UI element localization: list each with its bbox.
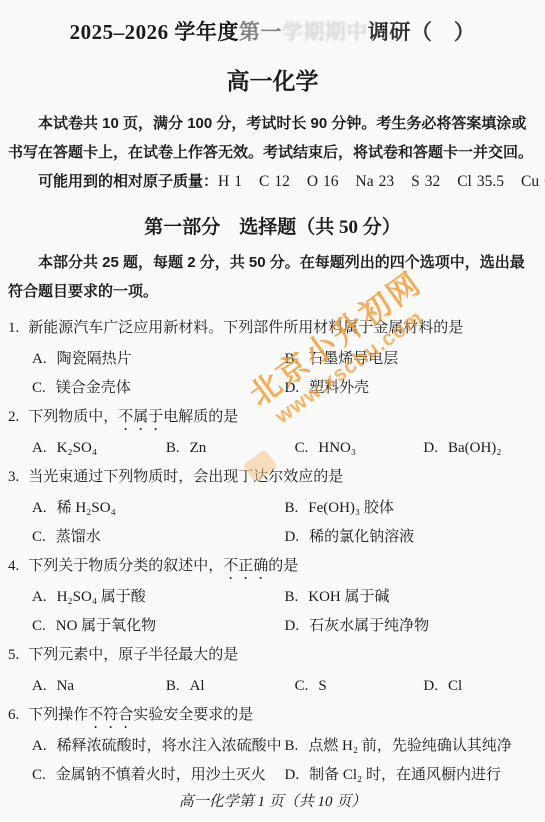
question-3-option-b: B.Fe(OH)₃ 胶体	[285, 494, 538, 523]
element-symbol: O	[307, 173, 318, 190]
option-label: A.	[32, 440, 47, 456]
page-footer: 高一化学第 1 页（共 10 页）	[0, 790, 545, 811]
options: A.Na B.Al C.S D.Cl	[8, 672, 537, 701]
options: A.K₂SO₄ B.Zn C.HNO₃ D.Ba(OH)₂	[8, 434, 537, 463]
option-label: C.	[32, 380, 46, 396]
element-symbol: Cl	[457, 173, 472, 190]
option-text: 稀释浓硫酸时，将水注入浓硫酸中	[57, 738, 282, 754]
option-text: 蒸馏水	[56, 529, 101, 545]
question-6-option-d: D.制备 Cl₂ 时，在通风橱内进行	[285, 761, 538, 790]
option-label: D.	[285, 618, 300, 634]
exam-paper-page: 2025–2026 学年度第一学期期中调研（ ） 高一化学 本试卷共 10 页，…	[0, 0, 545, 822]
stem-emphasis: 不符合	[88, 707, 133, 723]
question-2-option-d: D.Ba(OH)₂	[423, 434, 537, 463]
exam-notice: 本试卷共 10 页，满分 100 分，考试时长 90 分钟。考生务必将答案填涂或…	[8, 109, 537, 196]
option-label: D.	[285, 380, 300, 396]
question-5-option-d: D.Cl	[423, 672, 537, 701]
option-text: Zn	[190, 440, 207, 456]
question-1-option-a: A.陶瓷隔热片	[32, 345, 285, 374]
question-stem: 5.下列元素中，原子半径最大的是	[8, 641, 537, 672]
question-stem: 2.下列物质中，不属于电解质的是	[8, 403, 537, 434]
options: A.稀 H₂SO₄ B.Fe(OH)₃ 胶体 C.蒸馏水 D.稀的氯化钠溶液	[8, 494, 537, 552]
option-text: 点燃 H₂ 前，先验纯确认其纯净	[308, 738, 512, 754]
element-symbol: Na	[356, 173, 374, 190]
section-instructions: 本部分共 25 题，每题 2 分，共 50 分。在每题列出的四个选项中，选出最符…	[8, 248, 537, 306]
question-number: 5.	[8, 647, 19, 663]
option-text: 陶瓷隔热片	[57, 351, 132, 367]
stem-text: 新能源汽车广泛应用新材料。下列部件所用材料属于金属材料的是	[28, 320, 463, 336]
stem-text: 下列物质中，	[28, 409, 118, 425]
element-symbol: S	[411, 173, 420, 190]
option-label: A.	[32, 500, 47, 516]
question-number: 2.	[8, 409, 19, 425]
page-title: 2025–2026 学年度第一学期期中调研（ ）	[8, 16, 537, 46]
option-text: 石灰水属于纯净物	[309, 618, 429, 634]
title-segment: 调研（ ）	[368, 20, 476, 44]
option-label: D.	[285, 529, 300, 545]
option-label: A.	[32, 351, 47, 367]
question-4-option-a: A.H₂SO₄ 属于酸	[32, 583, 285, 612]
element-symbol: C	[259, 173, 269, 190]
question-2: 2.下列物质中，不属于电解质的是 A.K₂SO₄ B.Zn C.HNO₃ D.B…	[8, 403, 537, 463]
option-label: A.	[32, 678, 47, 694]
option-text: S	[318, 678, 326, 694]
question-2-option-c: C.HNO₃	[295, 434, 424, 463]
atomic-mass-pair: Cl35.5	[457, 173, 504, 190]
option-text: 石墨烯导电层	[308, 351, 398, 367]
option-label: A.	[32, 738, 47, 754]
question-3: 3.当光束通过下列物质时，会出现丁达尔效应的是 A.稀 H₂SO₄ B.Fe(O…	[8, 463, 537, 552]
option-label: C.	[295, 440, 309, 456]
section-instructions-text: 本部分共 25 题，每题 2 分，共 50 分。在每题列出的四个选项中，选出最符…	[8, 248, 537, 306]
option-text: 稀的氯化钠溶液	[309, 529, 414, 545]
title-segment-illegible: 学期期中	[282, 20, 368, 44]
question-2-option-a: A.K₂SO₄	[32, 434, 166, 463]
stem-text: 当光束通过下列物质时，会出现丁达尔效应的是	[28, 469, 343, 485]
exam-notice-paragraph: 本试卷共 10 页，满分 100 分，考试时长 90 分钟。考生务必将答案填涂或…	[8, 109, 537, 167]
stem-text: 下列元素中，原子半径最大的是	[28, 647, 238, 663]
option-text: 稀 H₂SO₄	[57, 500, 116, 516]
stem-text: 下列操作	[28, 707, 88, 723]
stem-text: 电解质的是	[163, 409, 238, 425]
question-5: 5.下列元素中，原子半径最大的是 A.Na B.Al C.S D.Cl	[8, 641, 537, 701]
question-6-option-b: B.点燃 H₂ 前，先验纯确认其纯净	[285, 732, 538, 761]
option-text: 制备 Cl₂ 时，在通风橱内进行	[309, 767, 501, 783]
question-number: 4.	[8, 558, 19, 574]
element-symbol: H	[218, 173, 229, 190]
question-4-option-b: B.KOH 属于碱	[285, 583, 538, 612]
question-1: 1.新能源汽车广泛应用新材料。下列部件所用材料属于金属材料的是 A.陶瓷隔热片 …	[8, 314, 537, 403]
question-list: 1.新能源汽车广泛应用新材料。下列部件所用材料属于金属材料的是 A.陶瓷隔热片 …	[8, 314, 537, 790]
option-text: H₂SO₄ 属于酸	[57, 589, 146, 605]
question-5-option-b: B.Al	[166, 672, 295, 701]
option-text: K₂SO₄	[57, 440, 97, 456]
stem-text: 下列关于物质分类的叙述中，	[28, 558, 223, 574]
question-1-option-c: C.镁合金壳体	[32, 374, 285, 403]
option-label: B.	[166, 678, 180, 694]
element-symbol: Cu	[521, 173, 539, 190]
atomic-mass-pair: H1	[218, 173, 242, 190]
question-1-option-b: B.石墨烯导电层	[285, 345, 538, 374]
stem-text: 实验安全要求的是	[133, 707, 253, 723]
question-stem: 1.新能源汽车广泛应用新材料。下列部件所用材料属于金属材料的是	[8, 314, 537, 345]
question-1-option-d: D.塑料外壳	[285, 374, 538, 403]
element-mass: 35.5	[477, 173, 504, 190]
stem-emphasis: 不正确	[223, 558, 268, 574]
question-6: 6.下列操作不符合实验安全要求的是 A.稀释浓硫酸时，将水注入浓硫酸中 B.点燃…	[8, 701, 537, 790]
option-label: C.	[295, 678, 309, 694]
option-label: C.	[32, 529, 46, 545]
question-4-option-c: C.NO 属于氧化物	[32, 612, 285, 641]
question-number: 1.	[8, 320, 19, 336]
option-text: 金属钠不慎着火时，用沙土灭火	[56, 767, 266, 783]
element-mass: 32	[425, 173, 441, 190]
atomic-mass-pair: Na23	[356, 173, 395, 190]
stem-emphasis: 不属于	[118, 409, 163, 425]
question-6-option-c: C.金属钠不慎着火时，用沙土灭火	[32, 761, 285, 790]
atomic-mass-pair: O16	[307, 173, 339, 190]
question-stem: 4.下列关于物质分类的叙述中，不正确的是	[8, 552, 537, 583]
option-text: KOH 属于碱	[308, 589, 389, 605]
option-label: B.	[285, 738, 299, 754]
question-number: 6.	[8, 707, 19, 723]
subject-title: 高一化学	[8, 63, 537, 96]
question-number: 3.	[8, 469, 19, 485]
option-label: A.	[32, 589, 47, 605]
option-label: C.	[32, 618, 46, 634]
option-label: B.	[285, 351, 299, 367]
section-heading: 第一部分 选择题（共 50 分）	[8, 212, 537, 239]
option-label: D.	[285, 767, 300, 783]
question-5-option-a: A.Na	[32, 672, 166, 701]
option-text: NO 属于氧化物	[56, 618, 156, 634]
options: A.稀释浓硫酸时，将水注入浓硫酸中 B.点燃 H₂ 前，先验纯确认其纯净 C.金…	[8, 732, 537, 790]
question-4-option-d: D.石灰水属于纯净物	[285, 612, 538, 641]
title-segment: 2025–2026 学年度	[70, 20, 239, 44]
option-text: 镁合金壳体	[56, 380, 131, 396]
element-mass: 23	[379, 173, 395, 190]
atomic-mass-pair: Cu64	[521, 173, 545, 190]
title-segment-faded: 第一	[239, 20, 282, 44]
question-3-option-d: D.稀的氯化钠溶液	[285, 523, 538, 552]
option-text: 塑料外壳	[309, 380, 369, 396]
question-stem: 3.当光束通过下列物质时，会出现丁达尔效应的是	[8, 463, 537, 494]
question-stem: 6.下列操作不符合实验安全要求的是	[8, 701, 537, 732]
option-label: C.	[32, 767, 46, 783]
option-text: Cl	[448, 678, 462, 694]
option-label: D.	[423, 678, 438, 694]
element-mass: 1	[234, 173, 242, 190]
option-label: B.	[285, 500, 299, 516]
element-mass: 16	[323, 173, 339, 190]
options: A.陶瓷隔热片 B.石墨烯导电层 C.镁合金壳体 D.塑料外壳	[8, 345, 537, 403]
option-text: Na	[57, 678, 75, 694]
atomic-mass-pair: S32	[411, 173, 440, 190]
atomic-mass-label: 可能用到的相对原子质量：	[38, 173, 218, 190]
atomic-mass-line: 可能用到的相对原子质量：H1C12O16Na23S32Cl35.5Cu64	[8, 167, 537, 196]
page-content: 2025–2026 学年度第一学期期中调研（ ） 高一化学 本试卷共 10 页，…	[0, 0, 545, 822]
question-3-option-c: C.蒸馏水	[32, 523, 285, 552]
stem-text: 的是	[268, 558, 298, 574]
option-label: B.	[166, 440, 180, 456]
options: A.H₂SO₄ 属于酸 B.KOH 属于碱 C.NO 属于氧化物 D.石灰水属于…	[8, 583, 537, 641]
option-text: Fe(OH)₃ 胶体	[308, 500, 394, 516]
atomic-mass-pair: C12	[259, 173, 290, 190]
option-text: Al	[190, 678, 205, 694]
question-4: 4.下列关于物质分类的叙述中，不正确的是 A.H₂SO₄ 属于酸 B.KOH 属…	[8, 552, 537, 641]
option-label: D.	[423, 440, 438, 456]
question-3-option-a: A.稀 H₂SO₄	[32, 494, 285, 523]
element-mass: 12	[274, 173, 290, 190]
option-label: B.	[285, 589, 299, 605]
question-6-option-a: A.稀释浓硫酸时，将水注入浓硫酸中	[32, 732, 285, 761]
question-2-option-b: B.Zn	[166, 434, 295, 463]
option-text: Ba(OH)₂	[448, 440, 502, 456]
option-text: HNO₃	[318, 440, 356, 456]
question-5-option-c: C.S	[295, 672, 424, 701]
